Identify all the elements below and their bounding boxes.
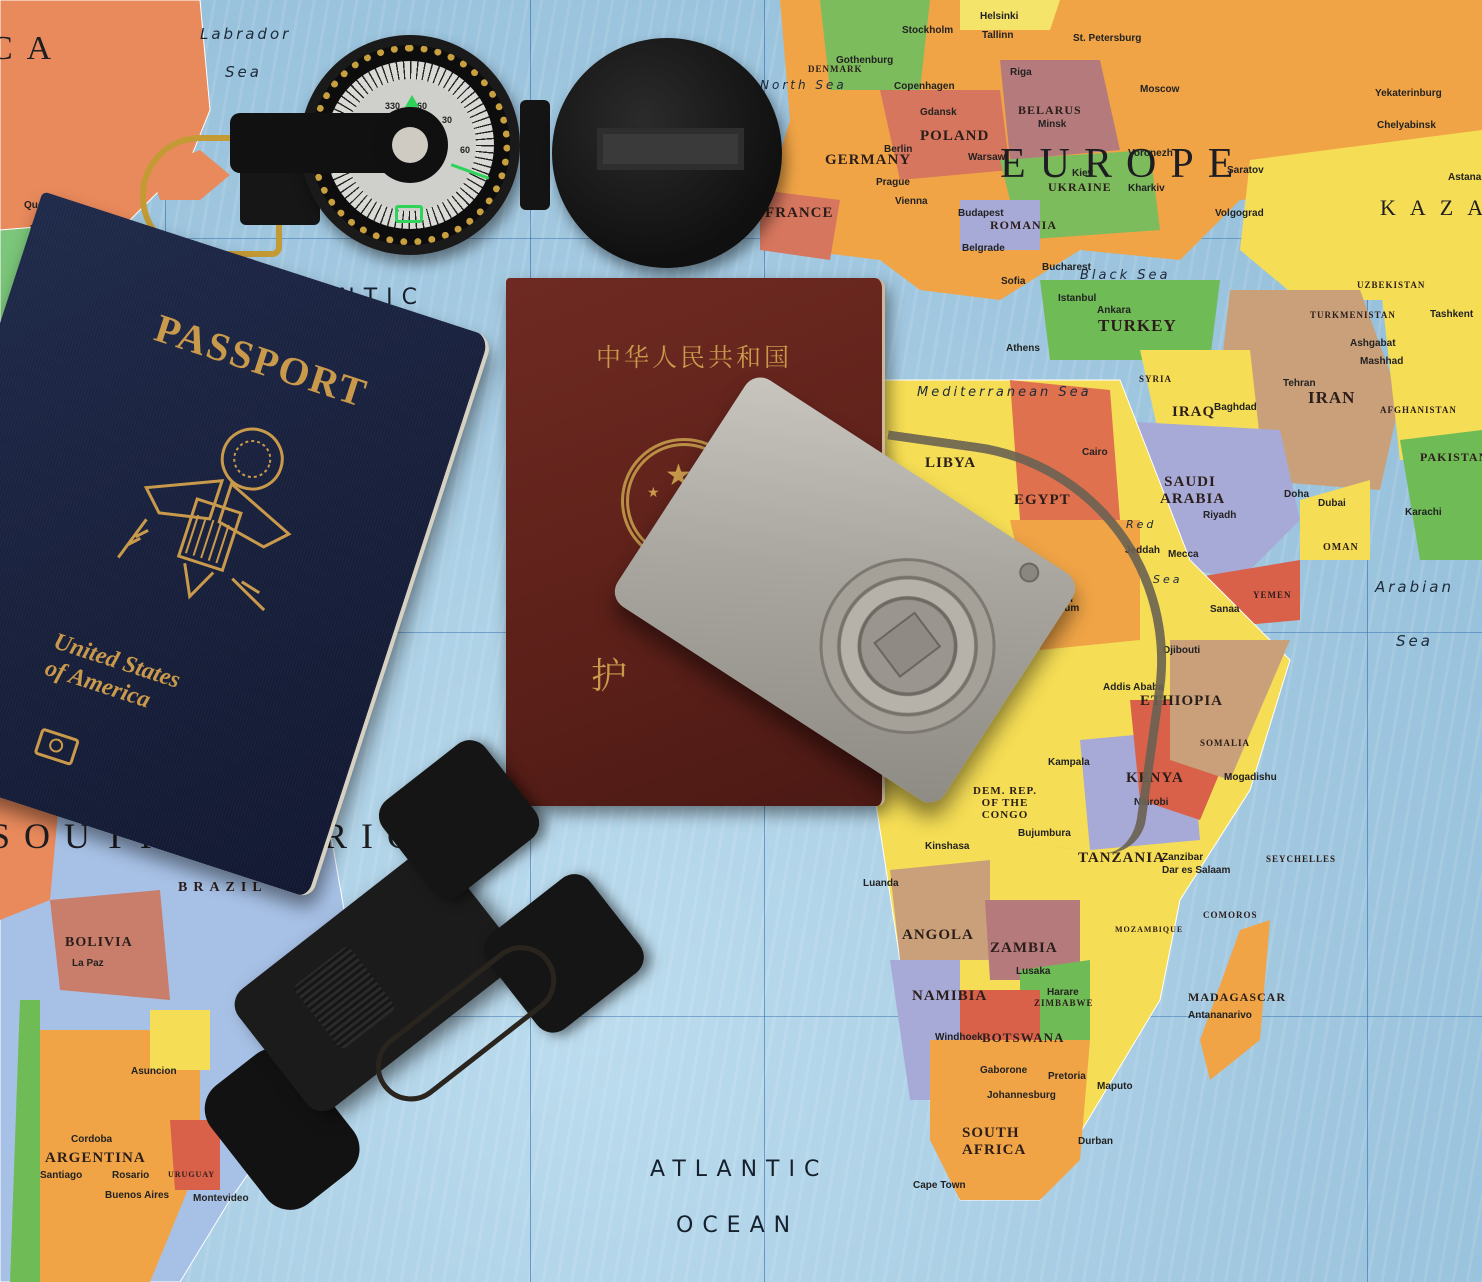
label-country: URUGUAY — [168, 1170, 215, 1179]
label-europe: EUROPE — [1000, 140, 1247, 188]
label-country: BOLIVIA — [65, 935, 133, 951]
label-city: Ashgabat — [1350, 338, 1396, 349]
label-city: Moscow — [1140, 84, 1179, 95]
label-city: Voronezh — [1128, 148, 1173, 159]
label-city: Sanaa — [1210, 604, 1239, 615]
luminous-marker-icon — [395, 205, 423, 223]
label-country: OMAN — [1323, 542, 1359, 553]
label-city: Durban — [1078, 1136, 1113, 1147]
label-city: Berlin — [884, 144, 912, 155]
label-country: YEMEN — [1253, 590, 1292, 600]
label-city: Prague — [876, 177, 910, 188]
label-north-sea: North Sea — [760, 78, 847, 92]
label-country: TURKEY — [1098, 316, 1177, 336]
label-country: BOTSWANA — [982, 1030, 1064, 1046]
label-city: Zanzibar — [1162, 852, 1203, 863]
compass-dial-number: 30 — [442, 115, 452, 125]
label-city: Helsinki — [980, 11, 1018, 22]
label-city: Djibouti — [1163, 645, 1200, 656]
label-country: UZBEKISTAN — [1357, 280, 1425, 290]
label-city: Belgrade — [962, 243, 1005, 254]
label-city: Baghdad — [1214, 402, 1257, 413]
label-city: Minsk — [1038, 119, 1066, 130]
label-city: Cairo — [1082, 447, 1108, 458]
label-city: Riga — [1010, 67, 1032, 78]
label-country: IRAQ — [1172, 404, 1215, 421]
label-city: Mogadishu — [1224, 772, 1277, 783]
travel-scene: CA Labrador Sea TLANTIC EUROPE KAZAKH SO… — [0, 0, 1482, 1282]
label-city: Kinshasa — [925, 841, 969, 852]
label-country: AFGHANISTAN — [1380, 405, 1457, 415]
label-country: ZAMBIA — [990, 940, 1058, 957]
chinese-passport-label-partial: 护 — [591, 648, 627, 699]
compass-lens — [372, 107, 448, 183]
label-mediterranean: Mediterranean Sea — [917, 385, 1092, 400]
label-city: Santiago — [40, 1170, 82, 1181]
label-country: NAMIBIA — [912, 988, 987, 1005]
label-city: Johannesburg — [987, 1090, 1056, 1101]
label-city: Gothenburg — [836, 55, 893, 66]
label-ocean: OCEAN — [676, 1213, 799, 1238]
label-city: Doha — [1284, 489, 1309, 500]
compass-hinge — [520, 100, 550, 210]
label-city: Bucharest — [1042, 262, 1091, 273]
label-country: SOUTH AFRICA — [962, 1125, 1022, 1159]
label-city: Kiev — [1072, 168, 1093, 179]
label-city: Chelyabinsk — [1377, 120, 1436, 131]
label-country: SAUDI ARABIA — [1160, 474, 1220, 508]
label-city: Rosario — [112, 1170, 149, 1181]
label-country: MADAGASCAR — [1188, 990, 1286, 1005]
label-city: Gdansk — [920, 107, 957, 118]
label-city: Budapest — [958, 208, 1004, 219]
label-country: ANGOLA — [902, 927, 974, 944]
label-country: PAKISTAN — [1420, 450, 1482, 465]
label-city: Vienna — [895, 196, 928, 207]
label-city: Astana — [1448, 172, 1481, 183]
label-city: Maputo — [1097, 1081, 1133, 1092]
label-country: UKRAINE — [1048, 180, 1112, 195]
label-city: Yekaterinburg — [1375, 88, 1442, 99]
star-icon: ★ — [647, 484, 660, 501]
label-city: Gaborone — [980, 1065, 1027, 1076]
label-country: ARGENTINA — [45, 1150, 146, 1167]
label-city: Saratov — [1227, 165, 1264, 176]
compass: 330 360 30 60 300 — [300, 35, 520, 255]
label-country: MOZAMBIQUE — [1115, 925, 1183, 934]
label-city: Cape Town — [913, 1180, 966, 1191]
us-passport-country: United States of America — [41, 627, 183, 721]
label-city: Warsaw — [968, 152, 1005, 163]
label-red: Red — [1126, 518, 1156, 531]
label-city: Ankara — [1097, 305, 1131, 316]
label-north-america-partial: CA — [0, 30, 65, 68]
label-city: Buenos Aires — [105, 1190, 169, 1201]
label-country: TANZANIA — [1078, 850, 1165, 867]
label-country: IRAN — [1308, 388, 1355, 408]
biometric-chip-icon — [33, 727, 80, 766]
label-city: Windhoek — [935, 1032, 983, 1043]
label-city: Tallinn — [982, 30, 1013, 41]
label-country: TURKMENISTAN — [1310, 310, 1396, 320]
label-city: Kharkiv — [1128, 183, 1165, 194]
label-city: St. Petersburg — [1073, 33, 1141, 44]
label-city: Karachi — [1405, 507, 1442, 518]
label-country: SEYCHELLES — [1266, 854, 1336, 864]
label-kazakh: KAZAKH — [1380, 195, 1482, 221]
label-red-sea: Sea — [1153, 573, 1183, 586]
compass-lid — [552, 38, 782, 268]
label-city: Copenhagen — [894, 81, 955, 92]
label-city: Athens — [1006, 343, 1040, 354]
label-city: Dubai — [1318, 498, 1346, 509]
label-atlantic: ATLANTIC — [650, 1157, 828, 1182]
chinese-passport-title: 中华人民共和国 — [596, 338, 792, 374]
label-city: Mecca — [1168, 549, 1199, 560]
north-arrow-icon — [405, 95, 419, 107]
label-city: La Paz — [72, 958, 104, 969]
label-arabian: Arabian — [1375, 578, 1454, 596]
label-country: COMOROS — [1203, 910, 1258, 920]
label-city: Stockholm — [902, 25, 953, 36]
label-city: Riyadh — [1203, 510, 1236, 521]
compass-dial-number: 60 — [460, 145, 470, 155]
label-country: ZIMBABWE — [1034, 998, 1094, 1008]
label-city: Cordoba — [71, 1134, 112, 1145]
label-country: SYRIA — [1139, 374, 1172, 384]
label-city: Istanbul — [1058, 293, 1096, 304]
label-city: Harare — [1047, 987, 1079, 998]
label-country: FRANCE — [765, 205, 834, 222]
label-country: POLAND — [920, 128, 989, 145]
label-labrador-sea: Sea — [225, 63, 262, 81]
label-city: Volgograd — [1215, 208, 1264, 219]
strap-lug-icon — [1015, 559, 1043, 587]
label-city: Mashhad — [1360, 356, 1403, 367]
label-country: SOMALIA — [1200, 738, 1250, 748]
label-city: Pretoria — [1048, 1071, 1086, 1082]
label-city: Antananarivo — [1188, 1010, 1252, 1021]
label-black-sea: Black Sea — [1080, 268, 1171, 283]
label-city: Luanda — [863, 878, 899, 889]
label-labrador: Labrador — [200, 25, 291, 43]
label-city: Sofia — [1001, 276, 1025, 287]
eagle-seal-icon — [96, 386, 329, 632]
label-city: Tashkent — [1430, 309, 1473, 320]
label-city: Montevideo — [193, 1193, 249, 1204]
label-country: ROMANIA — [990, 218, 1057, 233]
compass-sight-slot — [597, 128, 744, 170]
label-arabian-sea: Sea — [1396, 632, 1433, 650]
label-city: Lusaka — [1016, 966, 1050, 977]
label-country: BELARUS — [1018, 103, 1082, 118]
label-city: Tehran — [1283, 378, 1316, 389]
label-city: Dar es Salaam — [1162, 865, 1230, 876]
